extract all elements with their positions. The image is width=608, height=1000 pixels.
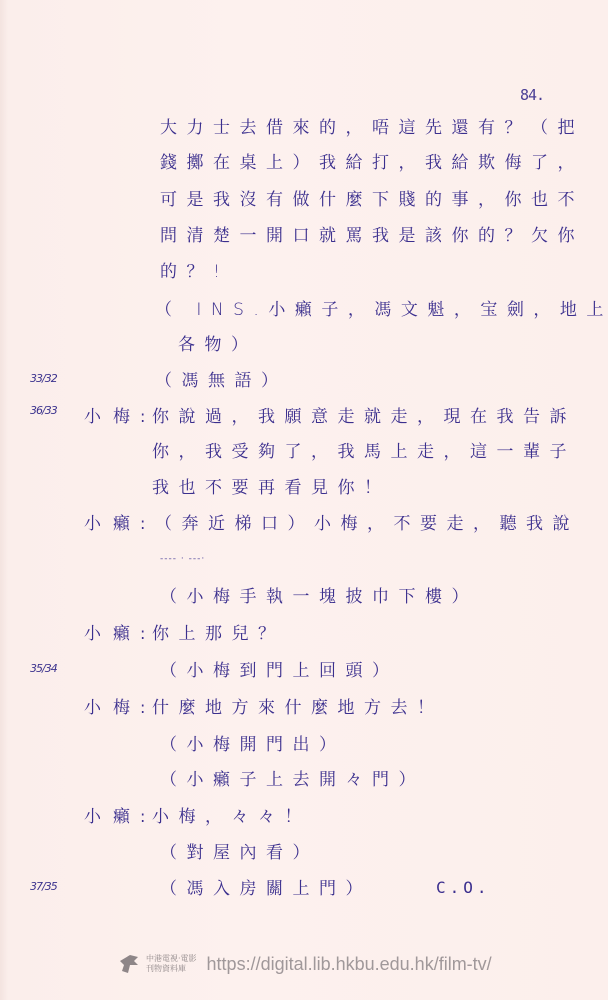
speaker-colon: :: [140, 698, 145, 717]
shot-number: 37/35: [30, 880, 57, 893]
shot-number: 33/32: [30, 372, 57, 385]
library-url[interactable]: https://digital.lib.hkbu.edu.hk/film-tv/: [207, 954, 492, 975]
speaker-colon: :: [140, 514, 145, 533]
library-watermark: 中港電視·電影 刊物資料庫 https://digital.lib.hkbu.e…: [118, 948, 492, 980]
script-line: （奔近梯口）小梅，不要走，聽我說: [155, 514, 579, 534]
speaker-name: 小癩: [84, 514, 142, 534]
speaker-name: 小梅: [84, 407, 142, 427]
script-line: （小梅手執一塊披巾下樓）: [160, 587, 478, 607]
speaker-colon: :: [140, 407, 145, 426]
script-line: （對屋內看）: [160, 843, 319, 863]
library-name: 中港電視·電影 刊物資料庫: [146, 954, 197, 974]
script-line: 錢擲在桌上）我給打，我給欺侮了，: [160, 153, 584, 173]
script-line: （小癩子上去開々門）: [160, 770, 425, 790]
trailing-dashes: ---- · ---·: [160, 554, 205, 564]
script-line: 我也不要再看見你！: [152, 478, 391, 498]
script-line: 你上那兒？: [152, 624, 285, 644]
speaker-name: 小梅: [84, 698, 142, 718]
speaker-name: 小癩: [84, 624, 142, 644]
script-line: （馮入房關上門）: [160, 879, 372, 899]
script-line: （小梅開門出）: [160, 735, 346, 755]
transition-cut-out: C.O.: [436, 878, 491, 897]
script-line: 各物）: [178, 335, 258, 355]
speaker-name: 小癩: [84, 807, 142, 827]
script-page: 84. 大力士去借來的，唔這先還有？（把錢擲在桌上）我給打，我給欺侮了，可是我沒…: [0, 0, 608, 1000]
script-line: 小梅，々々！: [152, 807, 311, 827]
shot-number: 36/33: [30, 404, 57, 417]
script-line: 你說過，我願意走就走，現在我告訴: [152, 407, 576, 427]
script-line: 大力士去借來的，唔這先還有？（把: [160, 118, 584, 138]
script-line: 你，我受夠了，我馬上走，這一輩子: [152, 442, 576, 462]
script-line: （小梅到門上回頭）: [160, 661, 399, 681]
speaker-colon: :: [140, 624, 145, 643]
script-line: 的？!: [160, 262, 229, 282]
speaker-colon: :: [140, 807, 145, 826]
script-line: 問清楚一開口就罵我是該你的？欠你: [160, 226, 584, 246]
library-logo-icon: [118, 953, 140, 975]
library-name-line2: 刊物資料庫: [146, 964, 197, 974]
script-line: （馮無語）: [155, 371, 288, 391]
page-number: 84.: [520, 86, 544, 104]
shot-number: 35/34: [30, 662, 57, 675]
library-name-line1: 中港電視·電影: [146, 954, 197, 964]
script-line: （ INS.小癩子，馮文魁，宝劍，地上: [155, 300, 608, 320]
script-line: 什麼地方來什麼地方去！: [152, 698, 444, 718]
script-line: 可是我沒有做什麼下賤的事，你也不: [160, 190, 584, 210]
